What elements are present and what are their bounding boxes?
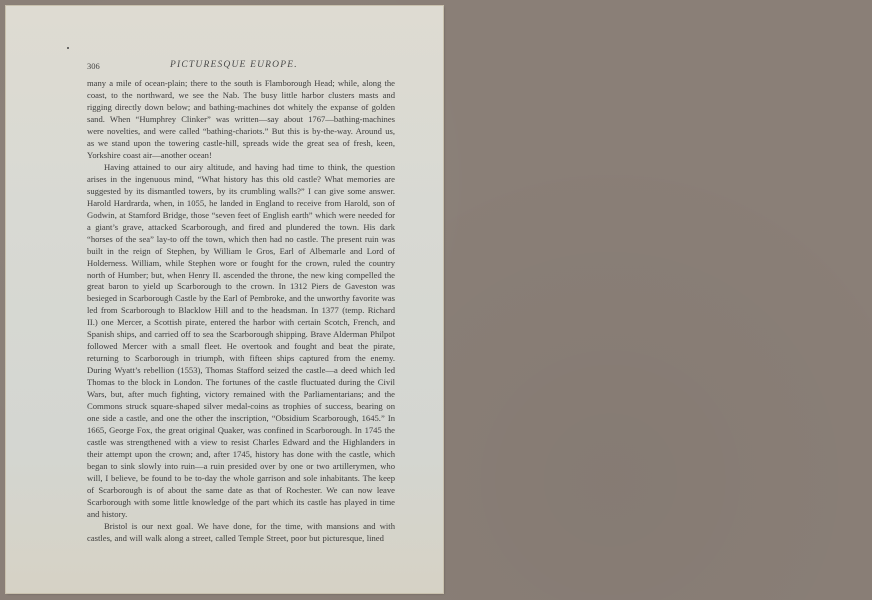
- ink-speck: [67, 47, 69, 49]
- paragraph-castle-history: Having attained to our airy altitude, an…: [87, 162, 395, 521]
- book-page: 306 PICTURESQUE EUROPE. many a mile of o…: [6, 6, 443, 593]
- paragraph-bristol: Bristol is our next goal. We have done, …: [87, 521, 395, 545]
- body-text: many a mile of ocean-plain; there to the…: [87, 78, 395, 545]
- running-head: PICTURESQUE EUROPE.: [170, 60, 298, 70]
- page-number: 306: [87, 61, 100, 71]
- backing-board: [450, 0, 872, 600]
- paragraph-continued: many a mile of ocean-plain; there to the…: [87, 78, 395, 162]
